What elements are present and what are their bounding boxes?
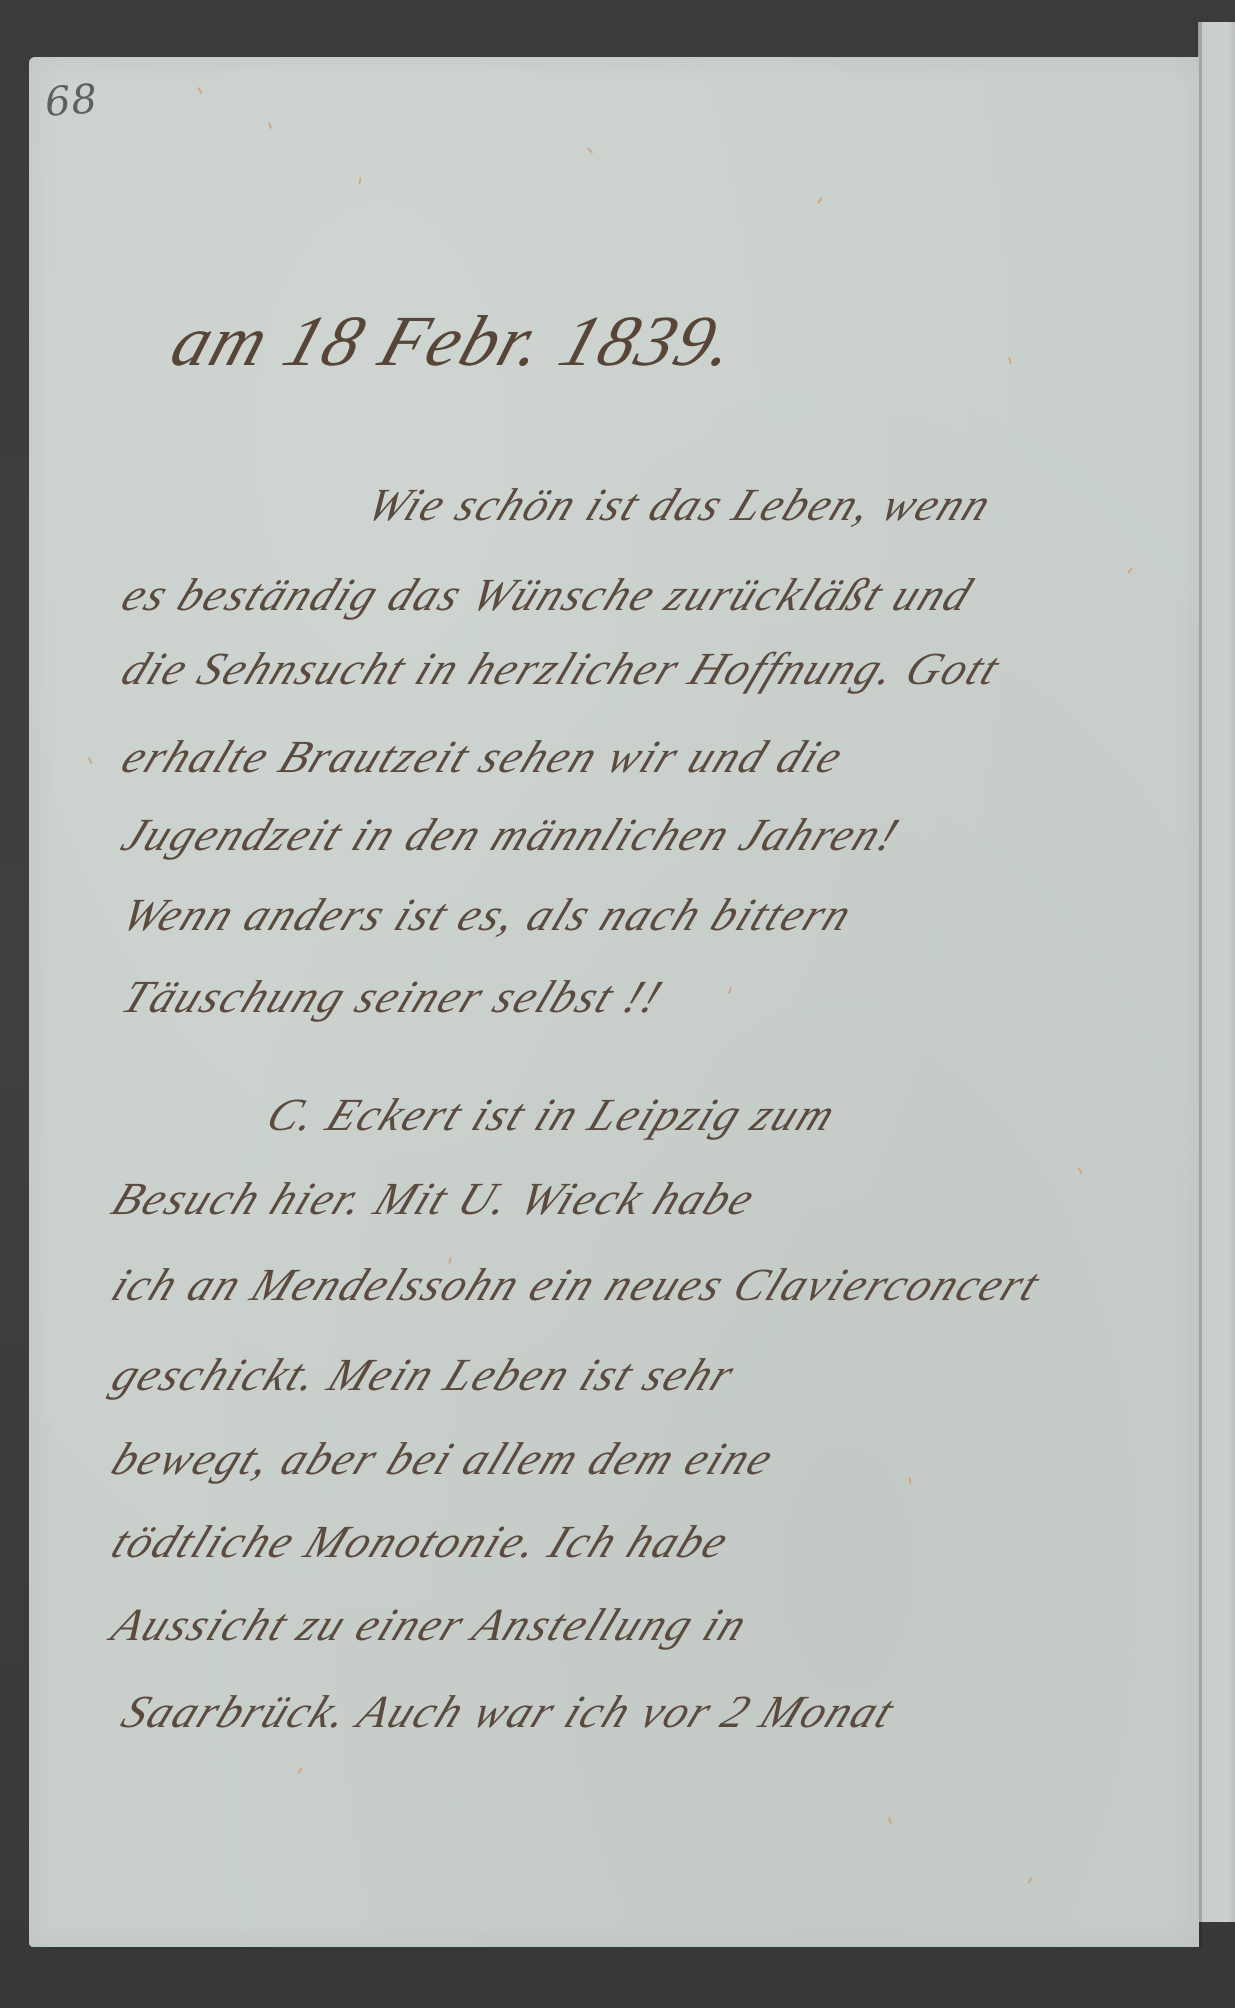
text-line: bewegt, aber bei allem dem eine bbox=[104, 1432, 783, 1485]
paper-fleck bbox=[1028, 1877, 1033, 1884]
paper-fleck bbox=[908, 1477, 911, 1484]
paper-fleck bbox=[88, 757, 93, 764]
text-line: es beständig das Wünsche zurückläßt und bbox=[114, 568, 981, 621]
folio-number: 68 bbox=[43, 76, 99, 126]
text-line: erhalte Brautzeit sehen wir und die bbox=[114, 730, 852, 783]
text-line: Wie schön ist das Leben, wenn bbox=[359, 478, 1001, 531]
text-line: tödtliche Monotonie. Ich habe bbox=[104, 1515, 738, 1568]
text-line: Saarbrück. Auch war ich vor 2 Monat bbox=[114, 1685, 903, 1738]
paper-fleck bbox=[587, 147, 594, 153]
text-line: Täuschung seiner selbst !! bbox=[114, 970, 672, 1023]
next-page-edge bbox=[1198, 22, 1235, 1922]
paper-fleck bbox=[817, 197, 822, 204]
paper-fleck bbox=[1127, 567, 1133, 574]
paper-fleck bbox=[888, 1817, 892, 1824]
text-line: Jugendzeit in den männlichen Jahren! bbox=[114, 808, 908, 861]
text-line: ich an Mendelssohn ein neues Clavierconc… bbox=[104, 1258, 1049, 1311]
text-line: C. Eckert ist in Leipzig zum bbox=[259, 1088, 845, 1141]
paper-fleck bbox=[1077, 1167, 1083, 1174]
date-heading: am 18 Febr. 1839. bbox=[162, 300, 749, 383]
text-line: die Sehnsucht in herzlicher Hoffnung. Go… bbox=[114, 642, 1009, 695]
paper-fleck bbox=[197, 87, 202, 94]
text-line: Besuch hier. Mit U. Wieck habe bbox=[104, 1172, 764, 1225]
paper-fleck bbox=[358, 177, 361, 184]
paper-fleck bbox=[728, 987, 732, 994]
paper-fleck bbox=[297, 1767, 302, 1774]
paper-fleck bbox=[268, 122, 272, 129]
text-line: geschickt. Mein Leben ist sehr bbox=[104, 1348, 744, 1401]
paper-fleck bbox=[1008, 357, 1012, 364]
text-line: Wenn anders ist es, als nach bittern bbox=[114, 888, 861, 941]
text-line: Aussicht zu einer Anstellung in bbox=[104, 1598, 756, 1651]
